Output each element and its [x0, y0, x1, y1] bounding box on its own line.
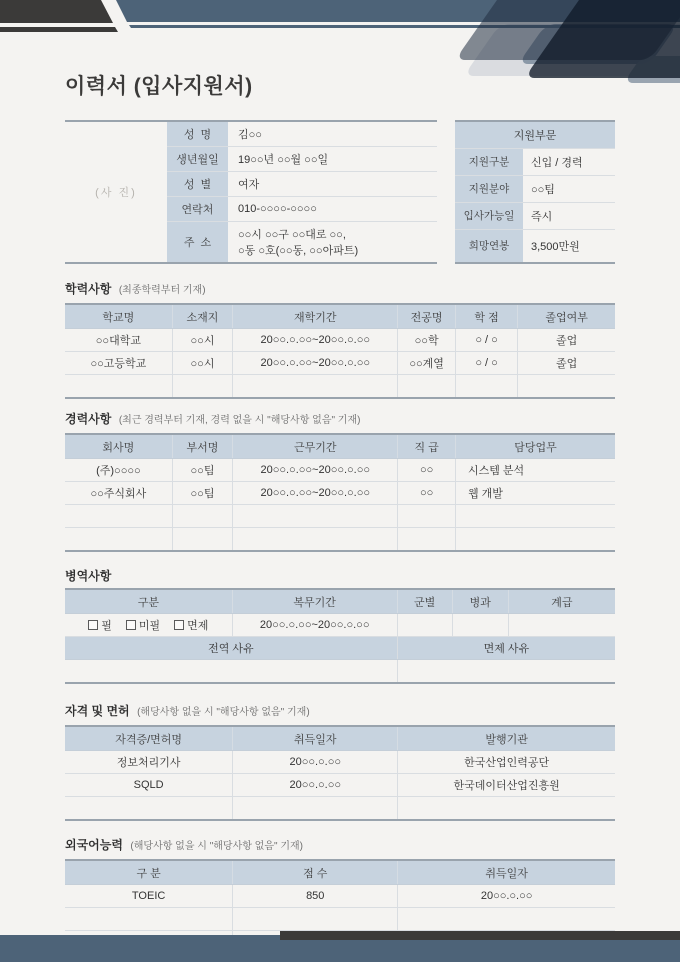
- section-heading-military: 병역사항: [65, 569, 615, 583]
- table-cell: ○○시: [172, 352, 233, 375]
- section-caption: (해당사항 없을 시 "해당사항 없음" 기재): [130, 841, 303, 852]
- checkbox-icon[interactable]: [126, 620, 136, 630]
- table-cell: [233, 908, 398, 931]
- table-cell: (주)○○○○: [65, 459, 172, 482]
- field-label-name: 성 명: [167, 121, 228, 147]
- table-cell: [172, 505, 233, 528]
- table-cell: 850: [233, 885, 398, 908]
- military-status-option[interactable]: 면제: [174, 617, 208, 633]
- header-charcoal-line: [0, 27, 125, 32]
- field-label-address: 주 소: [167, 222, 228, 264]
- table-cell: 20○○.○.○○: [398, 885, 615, 908]
- table-cell: 졸업: [518, 352, 615, 375]
- field-value-gender[interactable]: 여자: [228, 172, 437, 197]
- section-title: 자격 및 면허: [65, 704, 130, 718]
- field-value-apply-type[interactable]: 신입 / 경력: [523, 148, 615, 175]
- certificates-table: 자격증/면허명취득일자발행기관정보처리기사20○○.○.○○한국산업인력공단SQ…: [65, 725, 615, 821]
- table-cell: 한국데이터산업진흥원: [398, 774, 615, 797]
- table-cell: 한국산업인력공단: [398, 751, 615, 774]
- column-header: 학 점: [456, 304, 518, 329]
- table-cell: ○○시: [172, 329, 233, 352]
- career-table: 회사명부서명근무기간직 급담당업무(주)○○○○○○팀20○○.○.○○~20○…: [65, 433, 615, 552]
- table-cell: [172, 528, 233, 552]
- checkbox-icon[interactable]: [88, 620, 98, 630]
- military-table: 구분복무기간군별병과계급필미필면제20○○.○.○○~20○○.○.○○전역 사…: [65, 588, 615, 684]
- header-charcoal-band: [0, 0, 120, 23]
- section-heading-language: 외국어능력 (해당사항 없을 시 "해당사항 없음" 기재): [65, 838, 615, 854]
- field-value-apply-field[interactable]: ○○팀: [523, 175, 615, 202]
- column-header: 병과: [452, 589, 508, 614]
- column-header: 전공명: [398, 304, 456, 329]
- section-caption: (최종학력부터 기재): [119, 285, 206, 296]
- column-header: 학교명: [65, 304, 172, 329]
- table-cell: [518, 375, 615, 399]
- military-status-option[interactable]: 필: [88, 617, 112, 633]
- section-heading-career: 경력사항 (최근 경력부터 기재, 경력 없을 시 "해당사항 없음" 기재): [65, 412, 615, 428]
- table-cell: ○○대학교: [65, 329, 172, 352]
- table-cell: [65, 660, 397, 684]
- column-header: 직 급: [398, 434, 456, 459]
- field-value-name[interactable]: 김○○: [228, 121, 437, 147]
- section-title: 병역사항: [65, 569, 111, 583]
- table-cell: [398, 505, 456, 528]
- table-cell: 20○○.○.○○~20○○.○.○○: [233, 329, 398, 352]
- table-cell: ○○주식회사: [65, 482, 172, 505]
- section-caption: (최근 경력부터 기재, 경력 없을 시 "해당사항 없음" 기재): [119, 415, 361, 426]
- field-value-salary[interactable]: 3,500만원: [523, 229, 615, 263]
- table-cell: [397, 614, 452, 637]
- checkbox-icon[interactable]: [174, 620, 184, 630]
- table-cell: ○○: [398, 459, 456, 482]
- table-cell: ○ / ○: [456, 352, 518, 375]
- section-title: 학력사항: [65, 282, 111, 296]
- table-cell: 면제 사유: [397, 637, 615, 660]
- column-header: 근무기간: [233, 434, 398, 459]
- document-title: 이력서 (입사지원서): [65, 70, 615, 100]
- column-header: 구 분: [65, 860, 233, 885]
- table-cell: 20○○.○.○○~20○○.○.○○: [233, 459, 398, 482]
- field-value-contact[interactable]: 010-○○○○-○○○○: [228, 197, 437, 222]
- table-cell: [398, 528, 456, 552]
- column-header: 졸업여부: [518, 304, 615, 329]
- table-cell: 필미필면제: [65, 614, 232, 637]
- table-cell: 정보처리기사: [65, 751, 233, 774]
- table-cell: [172, 375, 233, 399]
- field-label-contact: 연락처: [167, 197, 228, 222]
- table-cell: [65, 797, 233, 821]
- application-table-title: 지원부문: [455, 121, 615, 148]
- table-cell: [65, 505, 172, 528]
- field-label-apply-field: 지원분야: [455, 175, 523, 202]
- table-cell: [397, 660, 615, 684]
- table-cell: TOEIC: [65, 885, 233, 908]
- table-cell: ○○: [398, 482, 456, 505]
- column-header: 발행기관: [398, 726, 615, 751]
- table-cell: ○○계열: [398, 352, 456, 375]
- table-cell: [233, 505, 398, 528]
- footer-charcoal-bar: [280, 931, 680, 940]
- column-header: 취득일자: [233, 726, 398, 751]
- field-label-start-date: 입사가능일: [455, 202, 523, 229]
- table-cell: 20○○.○.○○~20○○.○.○○: [233, 482, 398, 505]
- table-cell: [398, 908, 615, 931]
- table-cell: SQLD: [65, 774, 233, 797]
- section-title: 경력사항: [65, 412, 111, 426]
- column-header: 재학기간: [233, 304, 398, 329]
- table-cell: ○○고등학교: [65, 352, 172, 375]
- table-cell: 전역 사유: [65, 637, 397, 660]
- column-header: 구분: [65, 589, 232, 614]
- field-label-gender: 성 별: [167, 172, 228, 197]
- section-caption: (해당사항 없을 시 "해당사항 없음" 기재): [137, 707, 310, 718]
- column-header: 군별: [397, 589, 452, 614]
- table-cell: ○○팀: [172, 459, 233, 482]
- table-cell: [65, 908, 233, 931]
- table-cell: [65, 375, 172, 399]
- field-value-birthdate[interactable]: 19○○년 ○○월 ○○일: [228, 147, 437, 172]
- column-header: 복무기간: [232, 589, 397, 614]
- table-cell: [508, 614, 615, 637]
- resume-page: 이력서 (입사지원서) (사 진) 성 명 김○○ 생년월일 19○○년 ○○월…: [65, 70, 615, 955]
- field-value-start-date[interactable]: 즉시: [523, 202, 615, 229]
- table-cell: ○ / ○: [456, 329, 518, 352]
- table-cell: 시스템 분석: [456, 459, 616, 482]
- table-cell: [233, 375, 398, 399]
- section-heading-certificates: 자격 및 면허 (해당사항 없을 시 "해당사항 없음" 기재): [65, 704, 615, 720]
- column-header: 계급: [508, 589, 615, 614]
- field-label-birthdate: 생년월일: [167, 147, 228, 172]
- column-header: 점 수: [233, 860, 398, 885]
- table-cell: 졸업: [518, 329, 615, 352]
- column-header: 소재지: [172, 304, 233, 329]
- column-header: 부서명: [172, 434, 233, 459]
- table-cell: ○○팀: [172, 482, 233, 505]
- table-cell: 20○○.○.○○~20○○.○.○○: [233, 352, 398, 375]
- table-cell: [456, 528, 616, 552]
- field-label-salary: 희망연봉: [455, 229, 523, 263]
- photo-placeholder: (사 진): [65, 121, 167, 263]
- table-cell: [452, 614, 508, 637]
- field-label-apply-type: 지원구분: [455, 148, 523, 175]
- table-cell: ○○학: [398, 329, 456, 352]
- military-status-option[interactable]: 미필: [126, 617, 160, 633]
- table-cell: [398, 375, 456, 399]
- section-title: 외국어능력: [65, 838, 123, 852]
- section-heading-education: 학력사항 (최종학력부터 기재): [65, 282, 615, 298]
- table-cell: [398, 797, 615, 821]
- education-table: 학교명소재지재학기간전공명학 점졸업여부○○대학교○○시20○○.○.○○~20…: [65, 303, 615, 399]
- column-header: 취득일자: [398, 860, 615, 885]
- table-cell: [233, 797, 398, 821]
- personal-info-table: (사 진) 성 명 김○○ 생년월일 19○○년 ○○월 ○○일 성 별 여자 …: [65, 120, 437, 264]
- table-cell: [65, 528, 172, 552]
- table-cell: 웹 개발: [456, 482, 616, 505]
- column-header: 회사명: [65, 434, 172, 459]
- application-table: 지원부문 지원구분 신입 / 경력 지원분야 ○○팀 입사가능일 즉시 희망연봉…: [455, 120, 615, 264]
- personal-info-area: (사 진) 성 명 김○○ 생년월일 19○○년 ○○월 ○○일 성 별 여자 …: [65, 120, 615, 264]
- column-header: 자격증/면허명: [65, 726, 233, 751]
- table-cell: [456, 375, 518, 399]
- table-cell: 20○○.○.○○: [233, 774, 398, 797]
- field-value-address[interactable]: ○○시 ○○구 ○○대로 ○○, ○동 ○호(○○동, ○○아파트): [228, 222, 437, 264]
- table-cell: [456, 505, 616, 528]
- table-cell: 20○○.○.○○: [233, 751, 398, 774]
- table-cell: 20○○.○.○○~20○○.○.○○: [232, 614, 397, 637]
- column-header: 담당업무: [456, 434, 616, 459]
- table-cell: [233, 528, 398, 552]
